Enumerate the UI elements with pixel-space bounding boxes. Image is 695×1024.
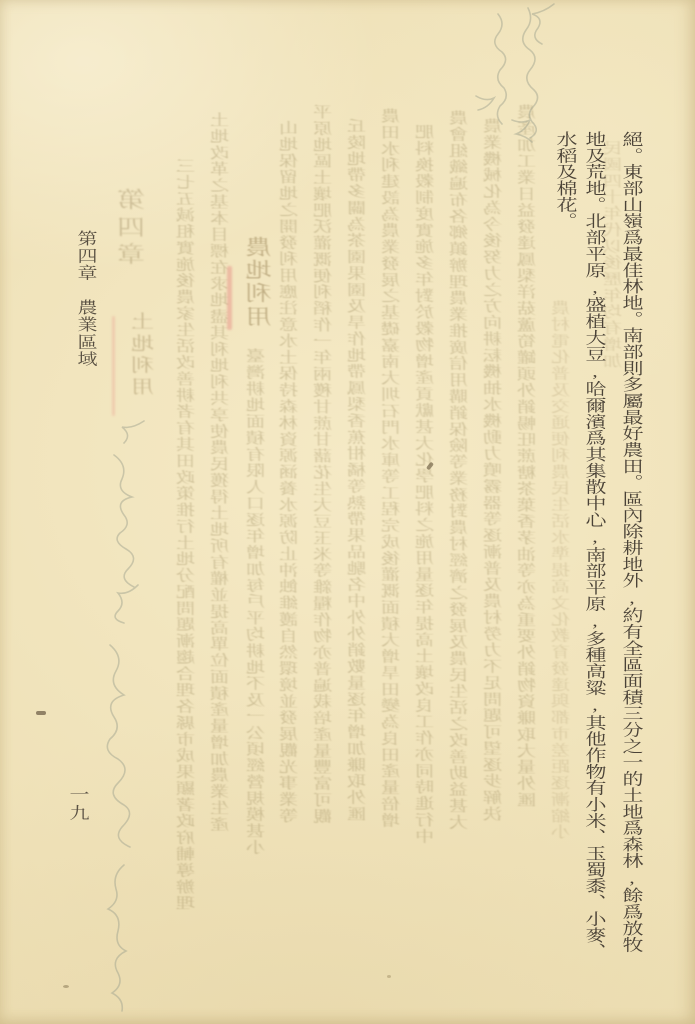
bleed-through-column: 平原地區土壤肥沃灌溉便利稻作一年兩穫甘蔗甘藷花生大豆玉米等雜糧作物亦普遍栽培產量… (311, 104, 338, 825)
bleed-through-column: 三七五減租實施後農家生活改善耕者有其田政策推行土地分配問題漸趨合理各縣市成果顯著… (174, 158, 201, 911)
bleed-through-column: 農田水利建設為農業發展之基礎嘉南大圳石門水庫等工程完成後灌溉面積大增旱田變為良田… (379, 108, 406, 829)
bleed-through-section: 土地利用 (128, 312, 161, 398)
main-text-column-1: 絕。東部山嶺爲最佳林地。南部則多屬最好農田。區內除耕地外,約有全區面積三分之一的… (617, 131, 647, 953)
ink-speck (63, 985, 69, 988)
bleed-through-column: 丘陵地帶多闢為茶園果園及旱作地帶鳳梨香蕉柑橘等熱帶果品馳名中外外銷數量逐年增加賺… (345, 118, 372, 822)
bleed-through-chapter: 第四章 (114, 188, 154, 270)
main-text-column-3: 水稻及棉花。 (551, 131, 581, 229)
ink-speck (387, 975, 391, 978)
bleed-through-column: 山地保留地之開發利用應注意水土保持森林資源涵養水源防止沖蝕維護自然環境並發展觀光… (277, 120, 304, 824)
bleed-through-column: 土地改革之基本目標在求地盡其利地利共享使農民獲得土地所有權並提高單位面積產量增加… (208, 112, 235, 833)
page-number: 一九 (63, 786, 92, 823)
ink-speck (36, 711, 46, 715)
bleed-through-column: 農村電化普及交通便利農民生活水準提高文化教育發達與都市差距逐漸縮小 (549, 300, 576, 841)
red-underline-mark (227, 266, 232, 330)
handwriting-ghost-top (468, 0, 583, 145)
bleed-through-column: 農會組織遍布各鄉鎮辦理農業推廣信用購銷保險等業務對農村經濟之發展及農民生活之改善… (447, 110, 474, 831)
bleed-through-column: 肥料換穀制度實施多年對於穀物增產貢獻甚大化學肥料之施用量逐年提高土壤改良工作亦同… (413, 124, 440, 845)
bleed-through-headline: 農地利用 (242, 236, 279, 329)
scanned-book-page: 三七五減租實施後農家生活改善耕者有其田政策推行土地分配問題漸趨合理各縣市成果顯著… (0, 0, 695, 1024)
bleed-through-column: 臺灣耕地面積有限人口逐年增加每戶平均耕地不及一公頃經營規模甚小 (244, 348, 271, 856)
chapter-header: 第四章 農業區域 (71, 230, 100, 368)
red-underline-mark (112, 316, 115, 416)
bleed-through-column: 農產加工業日益發達鳳梨洋菇蘆筍罐頭外銷暢旺蔗糖茶葉香茅油等亦為重要外銷物資賺取大… (515, 104, 542, 808)
bleed-through-column: 農業機械化為今後努力之方向耕耘機抽水機動力噴霧器等逐漸普及農村勞力不足問題可望逐… (481, 118, 508, 822)
main-text-column-2: 地及荒地。北部平原,盛植大豆,哈爾濱爲其集散中心,南部平原,多種高粱,其他作物有… (580, 131, 610, 959)
handwriting-ghost-left (84, 415, 169, 1020)
